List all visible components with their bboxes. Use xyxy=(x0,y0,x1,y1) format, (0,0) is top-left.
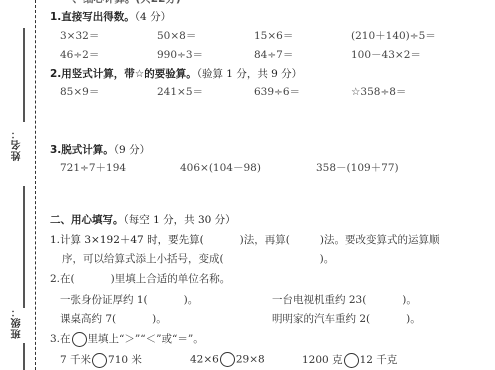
s2-q2-item4-a: 明明家的汽车重约 2( xyxy=(272,313,370,325)
s2-q2-item4: 明明家的汽车重约 2()。 xyxy=(272,311,421,326)
s2-q3-item2-right: 29×8 xyxy=(236,354,265,366)
s2-q2-item1: 一张身份证厚约 1()。 xyxy=(60,292,198,307)
s2-q3-item2: 42×629×8 xyxy=(190,352,265,367)
q2-title-text: 2.用竖式计算，带☆的要验算。 xyxy=(50,68,197,80)
s2-q1-line1-a: 1.计算 3×192＋47 时，要先算( xyxy=(50,234,204,246)
q3-c1: 721÷7＋194 xyxy=(60,160,126,175)
q1-r1-c2: 50×8＝ xyxy=(157,28,196,43)
q1-r2-c2: 990÷3＝ xyxy=(157,47,203,62)
class-label: 班级： xyxy=(10,306,24,339)
q1-points: （4 分） xyxy=(135,11,171,23)
s2-q2-item3-a: 课桌高约 7( xyxy=(60,313,116,325)
s2-q2-item1-b: )。 xyxy=(184,294,199,306)
s2-q2-title: 2.在()里填上合适的单位名称。 xyxy=(50,271,230,286)
s2-q2-item1-a: 一张身份证厚约 1( xyxy=(60,294,148,306)
q3-c3: 358－(109＋77) xyxy=(316,160,399,175)
section2-heading: 二、用心填写。（每空 1 分，共 30 分） xyxy=(50,212,236,227)
q3-points: （9 分） xyxy=(114,144,150,156)
compare-circle-input[interactable] xyxy=(92,353,107,368)
s2-q2-item4-b: )。 xyxy=(406,313,421,325)
name-label: 姓名： xyxy=(10,128,24,161)
circle-icon xyxy=(72,332,87,347)
section2-points: （每空 1 分，共 30 分） xyxy=(124,214,236,226)
q2-c2: 241×5＝ xyxy=(157,84,203,99)
s2-q3-title: 3.在里填上“＞”“＜”或“＝”。 xyxy=(50,331,204,347)
margin-rule-upper xyxy=(23,28,25,122)
q2-points: （验算 1 分，共 9 分） xyxy=(197,68,302,80)
s2-q1-line1-b: )法，再算( xyxy=(240,234,290,246)
q2-title: 2.用竖式计算，带☆的要验算。（验算 1 分，共 9 分） xyxy=(50,66,302,81)
s2-q2-item2-b: )。 xyxy=(402,294,417,306)
q1-title: 1.直接写出得数。（4 分） xyxy=(50,9,171,24)
s2-q1-line1: 1.计算 3×192＋47 时，要先算()法，再算()法。要改变算式的运算顺 xyxy=(50,232,439,247)
s2-q3-item2-left: 42×6 xyxy=(190,354,219,366)
s2-q3-item1: 7 千米710 米 xyxy=(60,352,142,368)
margin-rule-lower xyxy=(23,343,25,370)
s2-q3-title-a: 3.在 xyxy=(50,333,71,345)
s2-q2-title-a: 2.在( xyxy=(50,273,75,285)
q2-c1: 85×9＝ xyxy=(60,84,99,99)
s2-q1-line2-b: )。 xyxy=(320,253,335,265)
q1-r2-c1: 46÷2＝ xyxy=(60,47,99,62)
s2-q3-item1-left: 7 千米 xyxy=(60,354,91,366)
q1-r2-c3: 84÷7＝ xyxy=(254,47,293,62)
section1-heading: 一、细心计算。(共22分) xyxy=(62,0,181,6)
q1-title-text: 1.直接写出得数。 xyxy=(50,11,135,23)
compare-circle-input[interactable] xyxy=(220,352,235,367)
s2-q3-item3-left: 1200 克 xyxy=(302,354,343,366)
s2-q1-line2-a: 序，可以给算式添上小括号，变成( xyxy=(62,253,224,265)
q2-c4: ☆358÷8＝ xyxy=(351,84,406,99)
compare-circle-input[interactable] xyxy=(344,353,359,368)
s2-q2-item3: 课桌高约 7()。 xyxy=(60,311,167,326)
s2-q2-item2-a: 一台电视机重约 23( xyxy=(272,294,366,306)
s2-q3-item3-right: 12 千克 xyxy=(360,354,398,366)
margin-rule-middle xyxy=(23,186,25,308)
q2-c3: 639÷6＝ xyxy=(254,84,300,99)
q3-title-text: 3.脱式计算。 xyxy=(50,144,114,156)
s2-q3-item1-right: 710 米 xyxy=(108,354,142,366)
q1-r2-c4: 100－43×2＝ xyxy=(351,47,421,62)
s2-q2-title-b: )里填上合适的单位名称。 xyxy=(111,273,231,285)
cut-line xyxy=(35,0,36,370)
q1-r1-c3: 15×6＝ xyxy=(254,28,293,43)
s2-q2-item2: 一台电视机重约 23()。 xyxy=(272,292,417,307)
q3-c2: 406×(104－98) xyxy=(180,160,261,175)
q1-r1-c4: (210＋140)÷5＝ xyxy=(351,28,436,43)
s2-q1-line2: 序，可以给算式添上小括号，变成()。 xyxy=(62,251,334,266)
section2-heading-text: 二、用心填写。 xyxy=(50,214,124,226)
q1-r1-c1: 3×32＝ xyxy=(60,28,99,43)
s2-q3-item3: 1200 克12 千克 xyxy=(302,352,397,368)
q3-title: 3.脱式计算。（9 分） xyxy=(50,142,150,157)
s2-q2-item3-b: )。 xyxy=(152,313,167,325)
s2-q3-title-b: 里填上“＞”“＜”或“＝”。 xyxy=(88,333,204,345)
s2-q1-line1-c: )法。要改变算式的运算顺 xyxy=(320,234,440,246)
